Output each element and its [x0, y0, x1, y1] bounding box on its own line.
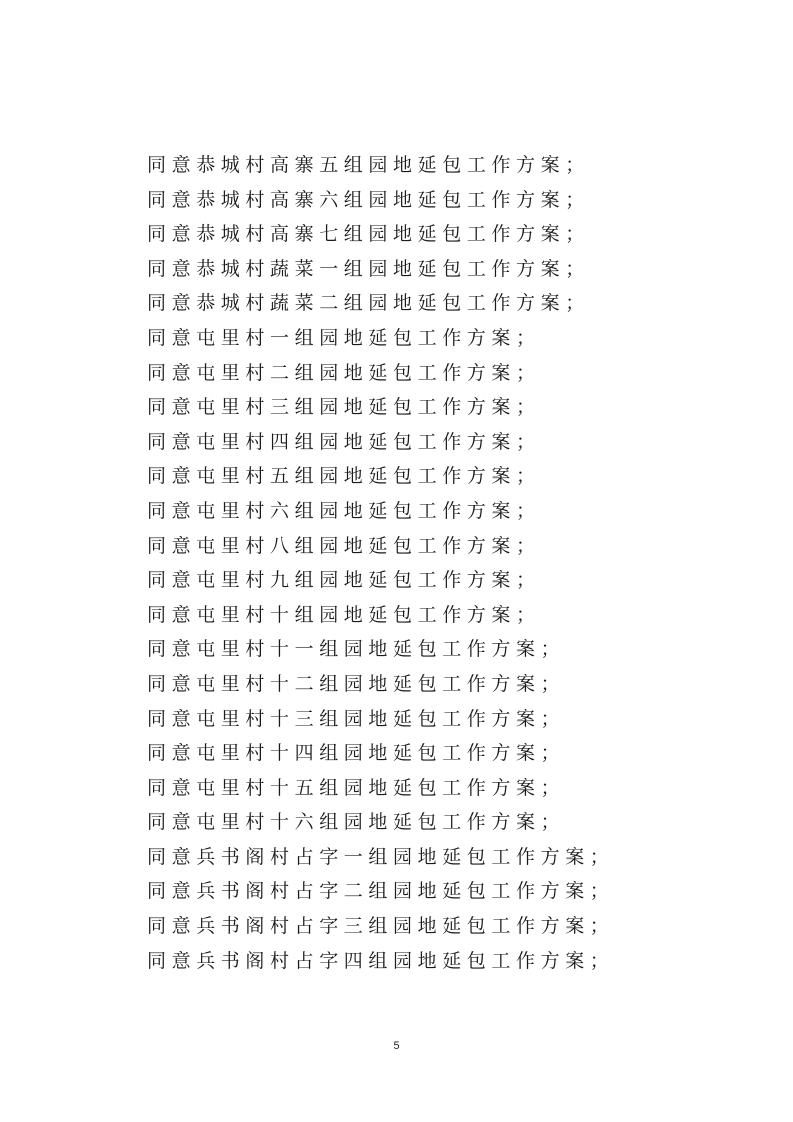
page-number: 5	[0, 1040, 793, 1052]
resolution-line: 同意屯里村十二组园地延包工作方案；	[147, 667, 614, 702]
resolution-list: 同意恭城村高寨五组园地延包工作方案； 同意恭城村高寨六组园地延包工作方案； 同意…	[147, 148, 614, 978]
resolution-line: 同意屯里村一组园地延包工作方案；	[147, 321, 614, 356]
resolution-line: 同意兵书阁村占字三组园地延包工作方案；	[147, 909, 614, 944]
resolution-line: 同意屯里村十六组园地延包工作方案；	[147, 805, 614, 840]
resolution-line: 同意恭城村高寨六组园地延包工作方案；	[147, 183, 614, 218]
resolution-line: 同意屯里村四组园地延包工作方案；	[147, 425, 614, 460]
resolution-line: 同意屯里村十三组园地延包工作方案；	[147, 702, 614, 737]
document-page: 同意恭城村高寨五组园地延包工作方案； 同意恭城村高寨六组园地延包工作方案； 同意…	[0, 0, 793, 1122]
resolution-line: 同意恭城村蔬菜一组园地延包工作方案；	[147, 252, 614, 287]
resolution-line: 同意屯里村九组园地延包工作方案；	[147, 563, 614, 598]
resolution-line: 同意屯里村六组园地延包工作方案；	[147, 494, 614, 529]
resolution-line: 同意屯里村十四组园地延包工作方案；	[147, 736, 614, 771]
resolution-line: 同意屯里村八组园地延包工作方案；	[147, 529, 614, 564]
resolution-line: 同意屯里村十五组园地延包工作方案；	[147, 771, 614, 806]
resolution-line: 同意恭城村高寨五组园地延包工作方案；	[147, 148, 614, 183]
resolution-line: 同意屯里村五组园地延包工作方案；	[147, 459, 614, 494]
resolution-line: 同意兵书阁村占字一组园地延包工作方案；	[147, 840, 614, 875]
resolution-line: 同意恭城村高寨七组园地延包工作方案；	[147, 217, 614, 252]
resolution-line: 同意屯里村十组园地延包工作方案；	[147, 598, 614, 633]
resolution-line: 同意恭城村蔬菜二组园地延包工作方案；	[147, 286, 614, 321]
resolution-line: 同意兵书阁村占字二组园地延包工作方案；	[147, 874, 614, 909]
resolution-line: 同意屯里村十一组园地延包工作方案；	[147, 632, 614, 667]
resolution-line: 同意屯里村二组园地延包工作方案；	[147, 356, 614, 391]
resolution-line: 同意兵书阁村占字四组园地延包工作方案；	[147, 944, 614, 979]
resolution-line: 同意屯里村三组园地延包工作方案；	[147, 390, 614, 425]
